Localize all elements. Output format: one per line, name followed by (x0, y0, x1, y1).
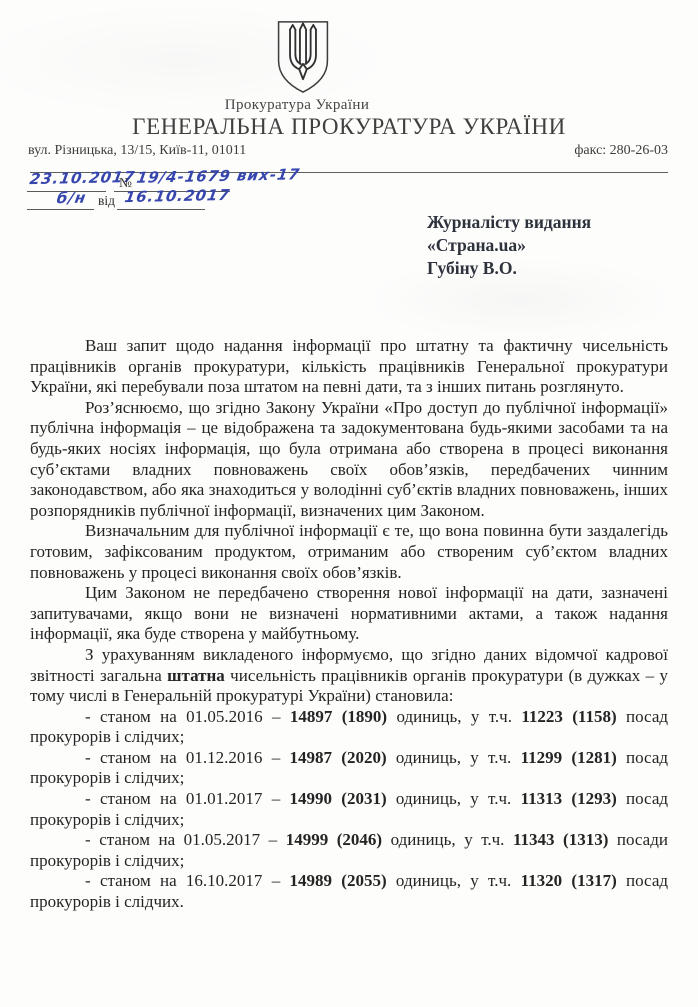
body-paragraph: - станом на 01.01.2017 – 14990 (2031) од… (30, 789, 668, 830)
agency-name-main: ГЕНЕРАЛЬНА ПРОКУРАТУРА УКРАЇНИ (0, 114, 698, 140)
agency-name-small: Прокуратура України (147, 97, 447, 114)
text-run: Визначальним для публічної інформації є … (30, 521, 668, 581)
text-run: одиниць, у т.ч. (382, 830, 513, 849)
handwritten-request-date: 16.10.2017 (123, 186, 231, 206)
bold-figure: штатна (167, 666, 225, 685)
body-paragraph: - станом на 01.05.2016 – 14897 (1890) од… (30, 707, 668, 748)
text-run: Ваш запит щодо надання інформації про шт… (30, 336, 668, 396)
body-paragraph: Роз’яснюємо, що згідно Закону України «П… (30, 398, 668, 522)
text-run: одиниць, у т.ч. (387, 748, 521, 767)
bold-figure: 14990 (2031) (290, 789, 387, 808)
body-paragraph: Цим Законом не передбачено створення нов… (30, 583, 668, 645)
form-blank-line (117, 209, 205, 210)
scanned-letter-page: Прокуратура України ГЕНЕРАЛЬНА ПРОКУРАТУ… (0, 0, 698, 1007)
text-run: Цим Законом не передбачено створення нов… (30, 583, 668, 643)
body-paragraph: З урахуванням викладеного інформуємо, що… (30, 645, 668, 707)
body-paragraph: Ваш запит щодо надання інформації про шт… (30, 336, 668, 398)
text-run: - станом на 16.10.2017 – (85, 871, 290, 890)
bold-figure: 11343 (1313) (513, 830, 608, 849)
body-paragraph: - станом на 01.12.2016 – 14987 (2020) од… (30, 748, 668, 789)
text-run: одиниць, у т.ч. (387, 789, 521, 808)
agency-address: вул. Різницька, 13/15, Київ-11, 01011 (28, 143, 246, 159)
body-paragraph: Визначальним для публічної інформації є … (30, 521, 668, 583)
agency-fax: факс: 280-26-03 (574, 143, 668, 159)
form-blank-line (27, 209, 94, 210)
bold-figure: 14897 (1890) (290, 707, 387, 726)
bold-figure: 14989 (2055) (290, 871, 387, 890)
text-run: Роз’яснюємо, що згідно Закону України «П… (30, 398, 668, 520)
handwritten-no-number: б/н (56, 189, 88, 208)
recipient-line: «Страна.ua» (427, 234, 591, 257)
recipient-line: Губіну В.О. (427, 257, 591, 280)
letter-body: Ваш запит щодо надання інформації про шт… (30, 336, 668, 913)
recipient-block: Журналісту видання«Страна.ua»Губіну В.О. (427, 211, 591, 280)
bold-figure: 11320 (1317) (521, 871, 617, 890)
text-run: одиниць, у т.ч. (387, 707, 521, 726)
body-paragraph: - станом на 16.10.2017 – 14989 (2055) од… (30, 871, 668, 912)
bold-figure: 11313 (1293) (521, 789, 617, 808)
from-label: від (98, 193, 115, 209)
text-run: - станом на 01.01.2017 – (85, 789, 290, 808)
bold-figure: 11223 (1158) (521, 707, 616, 726)
body-paragraph: - станом на 01.05.2017 – 14999 (2046) од… (30, 830, 668, 871)
bold-figure: 11299 (1281) (521, 748, 617, 767)
text-run: - станом на 01.05.2017 – (85, 830, 286, 849)
recipient-line: Журналісту видання (427, 211, 591, 234)
text-run: одиниць, у т.ч. (387, 871, 521, 890)
bold-figure: 14987 (2020) (290, 748, 387, 767)
bold-figure: 14999 (2046) (286, 830, 382, 849)
text-run: - станом на 01.05.2016 – (85, 707, 290, 726)
text-run: - станом на 01.12.2016 – (85, 748, 290, 767)
handwritten-outgoing-number: 19/4-1679 вих-17 (135, 165, 301, 186)
ukraine-trident-emblem-icon (274, 15, 332, 104)
